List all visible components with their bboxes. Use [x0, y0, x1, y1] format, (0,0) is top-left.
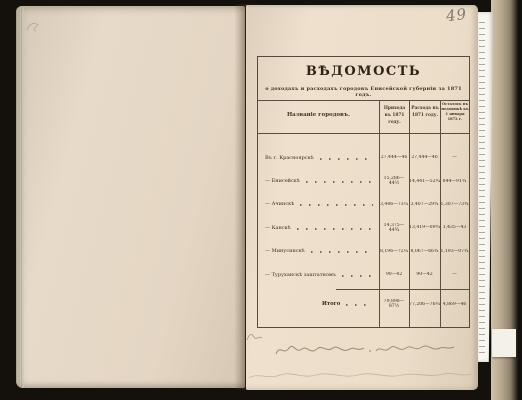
dot-leader: [306, 181, 373, 183]
balance-value: 1,435—43: [440, 225, 469, 230]
balance-value: 1,307—73¾: [440, 202, 469, 207]
expense-value: 27,444—46: [409, 155, 440, 160]
income-value: 3,446—73¼: [379, 202, 409, 207]
page-edge-ticks: [479, 17, 485, 357]
document-title: ВѢДОМОСТЬ: [258, 64, 469, 79]
totals-balance: 4,869—46: [440, 302, 469, 307]
balance-value: 1,193—07¾: [440, 249, 469, 254]
document-subtitle: о доходахъ и расходахъ городовъ Енисейск…: [262, 86, 465, 98]
income-value: 90—42: [379, 272, 409, 277]
dot-leader: [342, 275, 373, 277]
header-balance: Осталось въ недоимкѣ къ 1 января 1872 г.: [441, 102, 469, 121]
fore-edge-notch: [492, 329, 516, 357]
expense-value: 13,419—09¾: [409, 225, 440, 230]
statement-table: ВѢДОМОСТЬ о доходахъ и расходахъ городов…: [257, 56, 470, 328]
expense-value: 3,407—29¾: [409, 202, 440, 207]
header-income: Прихода въ 1871 году.: [380, 106, 409, 127]
income-value: 8,196—72¼: [379, 249, 409, 254]
city-name-cell: — Канскѣ: [258, 225, 379, 231]
expense-value: 8,067—66¾: [409, 249, 440, 254]
city-name: — Минусинскѣ: [265, 248, 305, 254]
table-row: — Туруханскѣ заштатномъ 90—42 90—42 —: [258, 263, 469, 286]
table-row: — Канскѣ 14,375—44¾ 13,419—09¾ 1,435—43: [258, 216, 469, 239]
table-row: — Ачинскѣ 3,446—73¼ 3,407—29¾ 1,307—73¾: [258, 193, 469, 216]
income-value: 15,286—44½: [379, 176, 409, 186]
page-stack-edge-left: [16, 6, 24, 388]
city-name-cell: — Ачинскѣ: [258, 201, 379, 207]
totals-expense: 77,206—76¾: [409, 302, 440, 307]
income-value: 14,375—44¾: [379, 223, 409, 233]
dot-leader: [300, 204, 373, 206]
city-name: — Канскѣ: [265, 225, 291, 231]
table-body: Въ г. Красноярскѣ 27,444—46 27,444—46 — …: [258, 146, 469, 286]
rule-under-header: [258, 133, 469, 134]
expense-value: 14,441—52¾: [409, 179, 440, 184]
balance-value: —: [440, 155, 469, 160]
dot-leader: [297, 228, 373, 230]
totals-label-cell: Итого: [258, 301, 379, 307]
dot-leader: [311, 251, 373, 253]
city-name: — Енисейскѣ: [265, 178, 300, 184]
pencil-smudge: [24, 18, 44, 34]
city-name-cell: — Туруханскѣ заштатномъ: [258, 272, 379, 278]
rule-under-subtitle: [258, 100, 469, 101]
city-name: — Ачинскѣ: [265, 201, 294, 207]
header-expense: Расхода въ 1871 году.: [410, 106, 440, 120]
table-row: — Минусинскѣ 8,196—72¼ 8,067—66¾ 1,193—0…: [258, 240, 469, 263]
dot-leader: [346, 304, 368, 306]
city-name: Въ г. Красноярскѣ: [265, 155, 314, 161]
table-row: Въ г. Красноярскѣ 27,444—46 27,444—46 —: [258, 146, 469, 169]
book-scan-scene: ВѢДОМОСТЬ о доходахъ и расходахъ городов…: [0, 0, 522, 400]
city-name: — Туруханскѣ заштатномъ: [265, 272, 336, 278]
totals-row: Итого 79,898—87½ 77,206—76¾ 4,869—46: [258, 295, 469, 313]
totals-label: Итого: [322, 301, 340, 307]
balance-value: 844—91¾: [440, 179, 469, 184]
city-name-cell: — Минусинскѣ: [258, 248, 379, 254]
balance-value: —: [440, 272, 469, 277]
totals-income: 79,898—87½: [379, 299, 409, 309]
expense-value: 90—42: [409, 272, 440, 277]
dot-leader: [320, 158, 373, 160]
handwritten-signature: [272, 338, 462, 362]
header-cities: Названіе городовъ.: [258, 112, 379, 118]
pencil-note-line: [246, 366, 474, 384]
rule-above-totals: [336, 289, 469, 290]
folio-number: 49: [445, 5, 468, 25]
handwritten-margin-note: [246, 330, 264, 344]
page-edge-top: [248, 5, 475, 8]
left-page: [16, 6, 245, 388]
city-name-cell: Въ г. Красноярскѣ: [258, 155, 379, 161]
city-name-cell: — Енисейскѣ: [258, 178, 379, 184]
page-stack-edge-top: [20, 6, 243, 9]
table-row: — Енисейскѣ 15,286—44½ 14,441—52¾ 844—91…: [258, 169, 469, 192]
income-value: 27,444—46: [379, 155, 409, 160]
